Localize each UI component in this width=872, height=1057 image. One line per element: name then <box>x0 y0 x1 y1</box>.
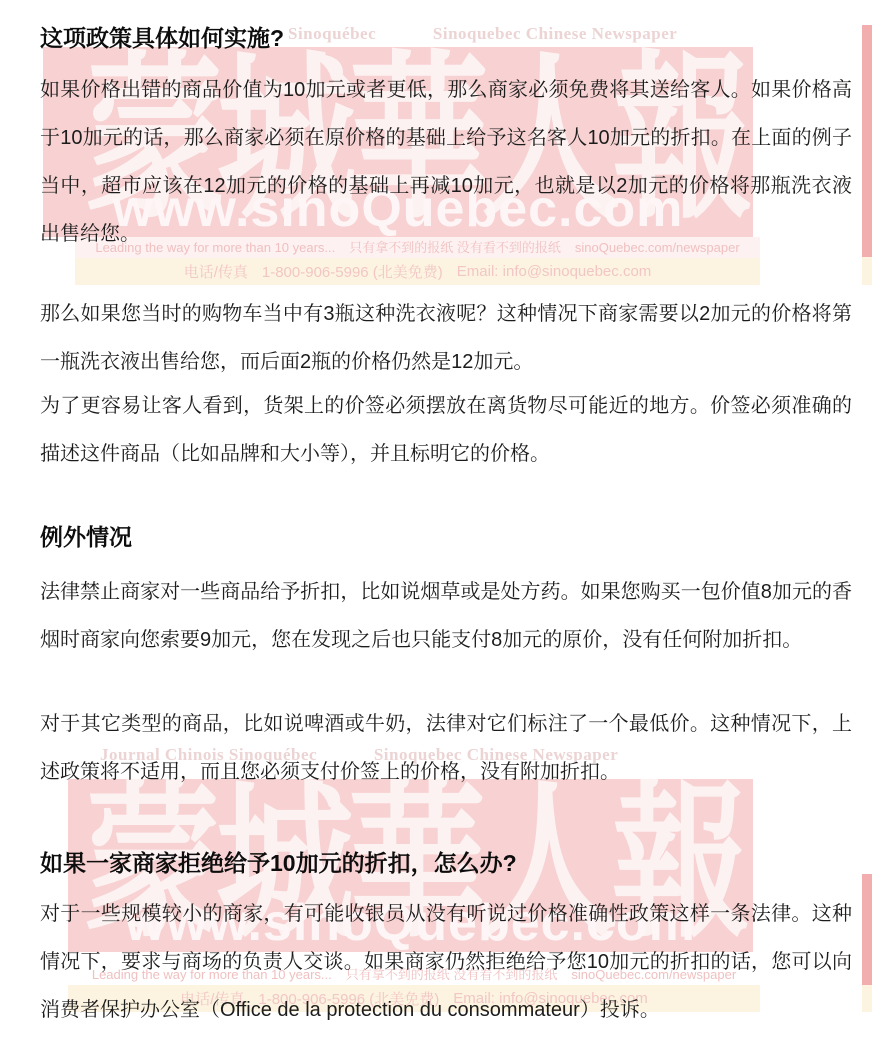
article-paragraph-minimum-price: 对于其它类型的商品，比如说啤酒或牛奶，法律对它们标注了一个最低价。这种情况下，上… <box>40 700 852 796</box>
article-heading-exceptions: 例外情况 <box>40 524 132 551</box>
article-paragraph-discount-rule: 如果价格出错的商品价值为10加元或者更低，那么商家必须免费将其送给客人。如果价格… <box>40 66 852 258</box>
article-paragraph-price-tag: 为了更容易让客人看到，货架上的价签必须摆放在离货物尽可能近的地方。价签必须准确的… <box>40 382 852 478</box>
article-paragraph-complaint: 对于一些规模较小的商家，有可能收银员从没有听说过价格准确性政策这样一条法律。这种… <box>40 890 852 1034</box>
article-paragraph-multiple-items: 那么如果您当时的购物车当中有3瓶这种洗衣液呢？这种情况下商家需要以2加元的价格将… <box>40 290 852 386</box>
article-heading-implementation: 这项政策具体如何实施? <box>40 25 284 52</box>
article-heading-refusal: 如果一家商家拒绝给予10加元的折扣，怎么办? <box>40 850 517 877</box>
article: 这项政策具体如何实施? 如果价格出错的商品价值为10加元或者更低，那么商家必须免… <box>0 0 872 1057</box>
article-paragraph-tobacco: 法律禁止商家对一些商品给予折扣，比如说烟草或是处方药。如果您购买一包价值8加元的… <box>40 568 852 664</box>
